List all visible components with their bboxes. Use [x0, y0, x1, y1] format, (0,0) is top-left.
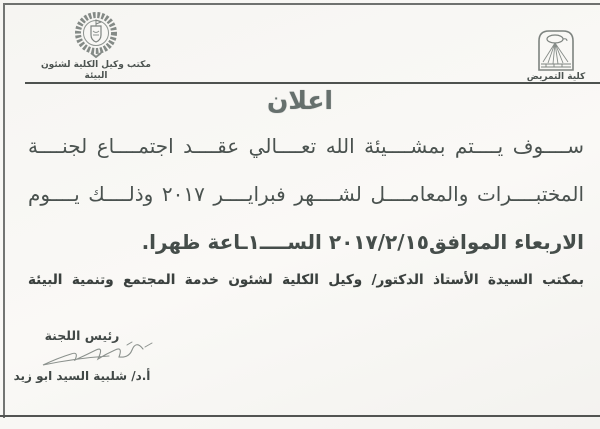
header-divider: [25, 82, 600, 84]
university-wreath-emblem-icon: [63, 10, 129, 60]
signature-name: أ.د/ شلبية السيد ابو زيد: [6, 369, 158, 383]
announcement-title: اعلان: [0, 86, 600, 115]
body-line-3-date: الاربعاء الموافق٢٠١٧/٢/١٥ الســــ١ـاعة ظ…: [28, 227, 584, 257]
office-stamp-label: مكتب وكيل الكلية لشئون البيئة: [32, 60, 160, 82]
signature-block: رئيس اللجنة أ.د/ شلبية السيد ابو زيد: [6, 328, 158, 383]
body-line-1: ســــوف يــــتم بمشــــيئة الله تعــــال…: [28, 131, 584, 161]
nursing-lamp-emblem-icon: [534, 26, 578, 72]
faculty-stamp: كلية التمريض: [524, 26, 588, 83]
office-stamp: مكتب وكيل الكلية لشئون البيئة: [32, 10, 160, 82]
body-line-4-location: بمكتب السيدة الأستاذ الدكتور/ وكيل الكلي…: [28, 272, 584, 288]
body-line-2: المختبــــرات والمعامــــل لشــــهر فبرا…: [28, 179, 584, 209]
scanned-announcement-page: مكتب وكيل الكلية لشئون البيئة كلية التمر…: [0, 0, 600, 429]
page-border-left: [3, 4, 5, 418]
page-border-top: [3, 3, 600, 5]
page-border-bottom: [0, 415, 600, 417]
